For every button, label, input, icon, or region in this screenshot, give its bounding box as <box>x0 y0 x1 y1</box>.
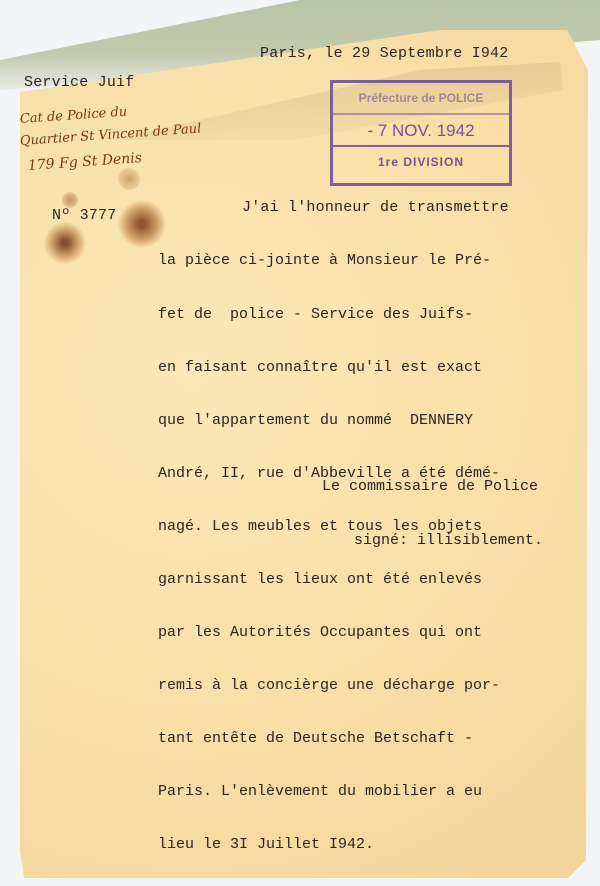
stain <box>44 222 86 264</box>
body-line: que l'appartement du nommé DENNERY <box>158 412 500 430</box>
body-line: tant entête de Deutsche Betschaft - <box>158 730 500 748</box>
body-line: lieu le 3I Juillet I942. <box>158 836 500 854</box>
body-line: en faisant connaître qu'il est exact <box>158 359 500 377</box>
stamp-date: - 7 NOV. 1942 <box>333 115 509 147</box>
body-first-line: J'ai l'honneur de transmettre <box>242 199 509 216</box>
stain <box>62 192 78 208</box>
signature-title: Le commissaire de Police <box>322 478 543 496</box>
body-line: garnissant les lieux ont été enlevés <box>158 571 500 589</box>
body-line: par les Autorités Occupantes qui ont <box>158 624 500 642</box>
signature-block: Le commissaire de Police signé: illisibl… <box>322 442 543 568</box>
body-line: remis à la concièrge une décharge por- <box>158 677 500 695</box>
reception-stamp: Préfecture de POLICE - 7 NOV. 1942 1re D… <box>330 80 512 186</box>
body-line: fet de police - Service des Juifs- <box>158 306 500 324</box>
signature-note: signé: illisiblement. <box>322 532 543 550</box>
place-date: Paris, le 29 Septembre I942 <box>260 45 508 62</box>
stamp-division: 1re DIVISION <box>333 147 509 177</box>
reference-number: Nº 3777 <box>52 207 116 224</box>
body-line: la pièce ci-jointe à Monsieur le Pré- <box>158 252 500 270</box>
header-service: Service Juif <box>24 74 134 91</box>
body-line: Paris. L'enlèvement du mobilier a eu <box>158 783 500 801</box>
stamp-prefecture: Préfecture de POLICE <box>333 83 509 115</box>
stain <box>118 168 140 190</box>
